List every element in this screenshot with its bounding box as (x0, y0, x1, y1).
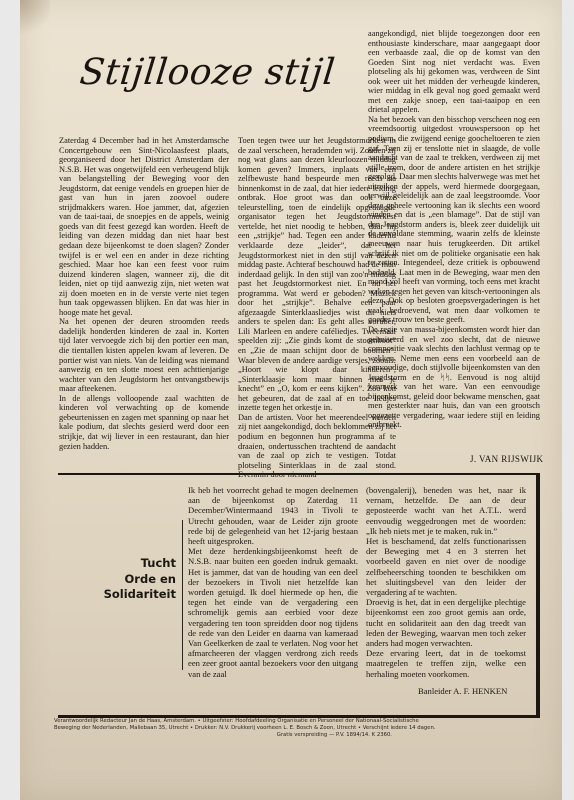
paragraph: Na het bezoek van den bisschop verscheen… (368, 115, 540, 325)
colophon-line: Beweging der Nederlanden, Maliebaan 35, … (54, 725, 542, 732)
paragraph: Ik heb het voorrecht gehad te mogen deel… (188, 485, 358, 546)
colophon-line: Gratis verspreiding — P.V. 1894/14. K 23… (54, 732, 542, 739)
article-column-1: Zaterdag 4 December had in het Amsterdam… (59, 136, 229, 451)
paragraph: Zaterdag 4 December had in het Amsterdam… (59, 136, 229, 317)
notice-divider (182, 520, 183, 670)
paragraph: Deze ervaring leert, dat in de toekomst … (366, 648, 526, 679)
article-title: Stijllooze stijl (78, 52, 337, 93)
paragraph: Na het openen der deuren stroomden reeds… (59, 317, 229, 393)
heading-line: Tucht (96, 556, 176, 572)
notice-column-2: (bovengalerij), beneden was het, naar ik… (366, 485, 526, 679)
paragraph: In de allengs volloopende zaal wachtten … (59, 394, 229, 451)
colophon-line: Verantwoordelijk Redacteur Jan de Haas, … (54, 718, 542, 725)
colophon: Verantwoordelijk Redacteur Jan de Haas, … (54, 718, 542, 738)
paragraph: (bovengalerij), beneden was het, naar ik… (366, 485, 526, 536)
paragraph: Droevig is het, dat in een dergelijke pl… (366, 597, 526, 648)
article-byline: J. VAN RIJSWIJK (470, 454, 543, 464)
notice-heading: Tucht Orde en Solidariteit (96, 556, 176, 603)
heading-line: Solidariteit (96, 587, 176, 603)
notice-signature: Banleider A. F. HENKEN (418, 686, 507, 696)
paragraph: aangekondigd, niet blijde toegezongen do… (368, 29, 540, 115)
heading-line: Orde en (96, 572, 176, 588)
notice-column-1: Ik heb het voorrecht gehad te mogen deel… (188, 485, 358, 679)
paragraph: De regie van massa-bijeenkomsten wordt h… (368, 325, 540, 430)
paragraph: Het is beschamend, dat zelfs functionari… (366, 536, 526, 597)
article-column-3: aangekondigd, niet blijde toegezongen do… (368, 29, 540, 430)
paragraph: Met deze herdenkingsbijeenkomst heeft de… (188, 546, 358, 679)
